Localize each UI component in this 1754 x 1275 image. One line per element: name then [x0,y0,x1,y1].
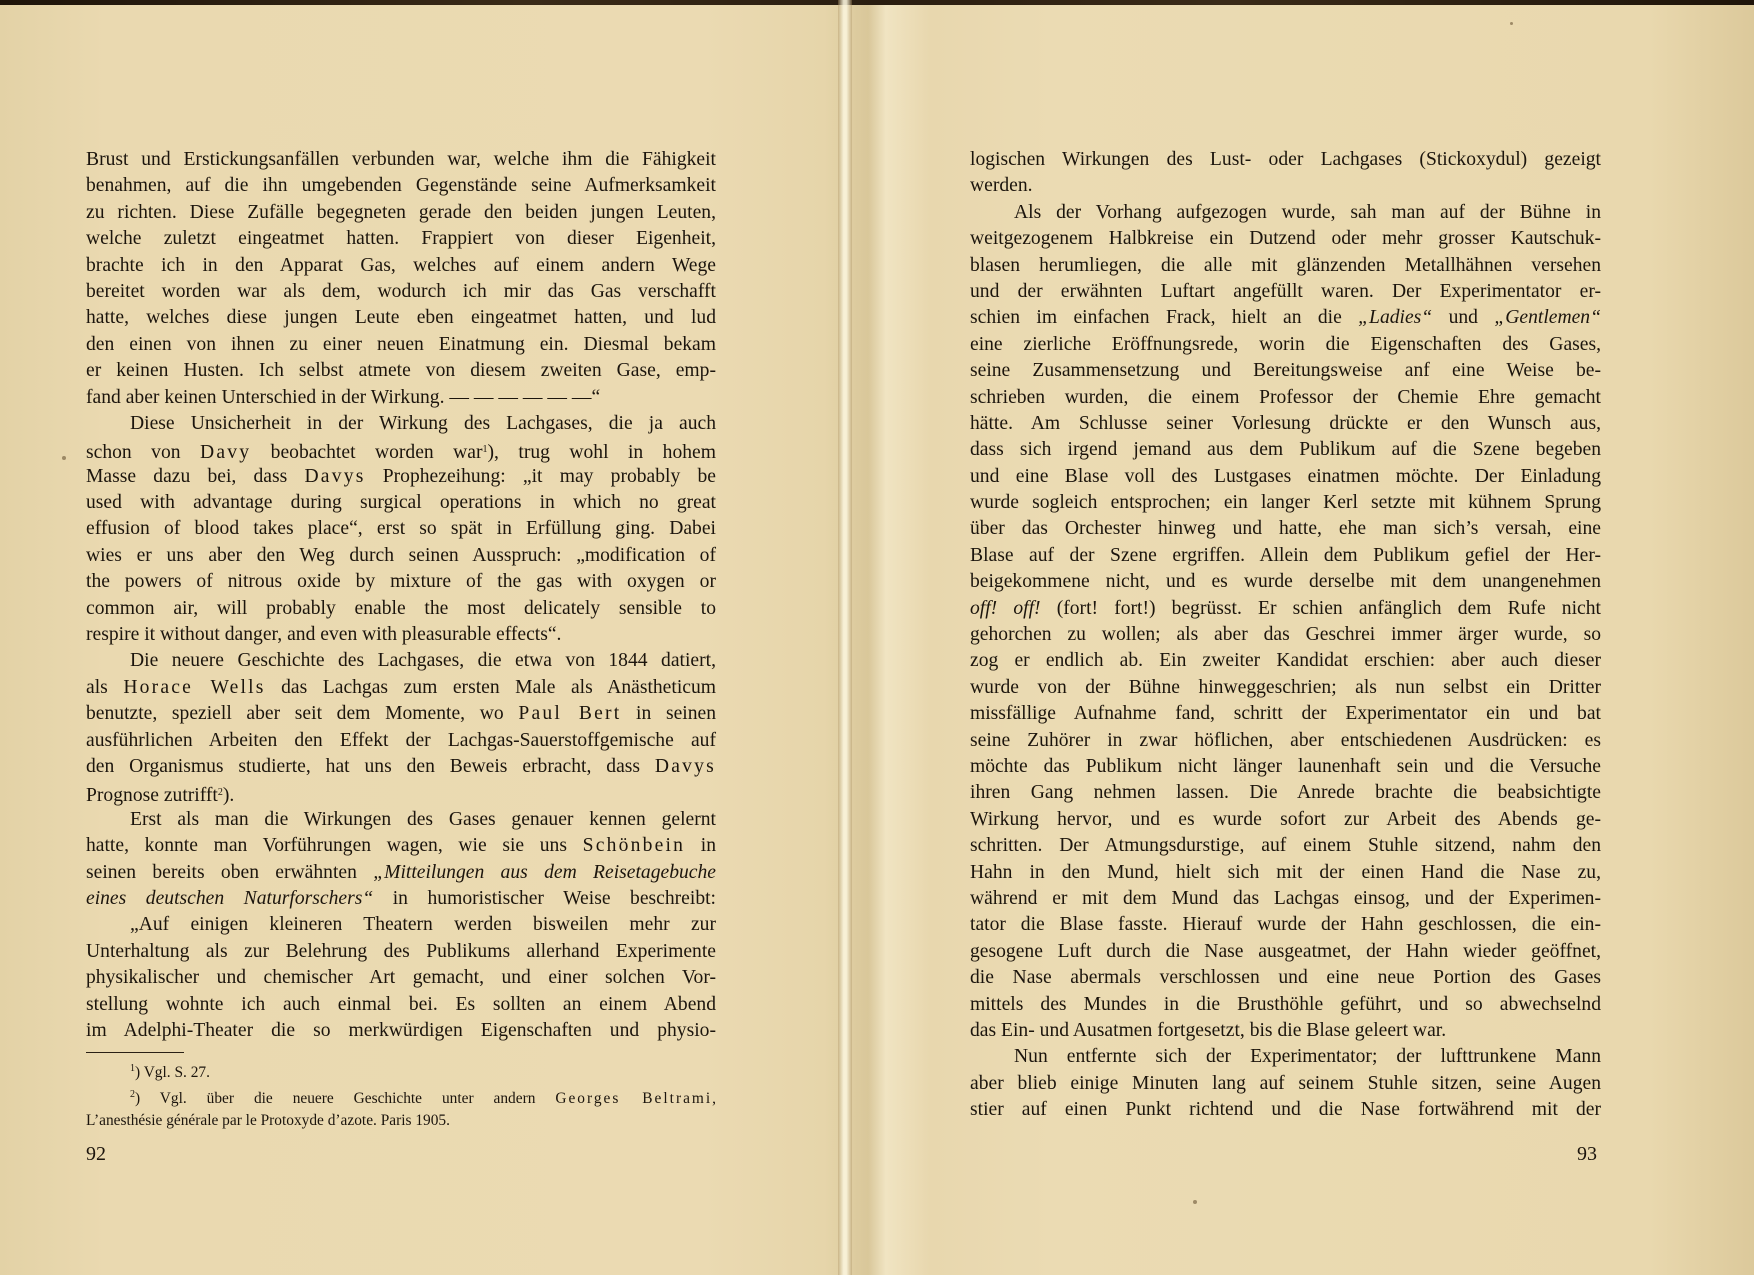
text-line: das Ein- und Ausatmen fortgesetzt, bis d… [970,1018,1601,1044]
spaced-name-davys: Davys [304,466,365,487]
text-line: physikalischer und chemischer Art gemach… [86,965,716,991]
text-segment: und [1432,307,1494,328]
paragraph-start-line: „Auf einigen kleineren Theatern werden b… [86,912,716,938]
text-segment: als [86,677,123,698]
left-page-body: Brust und Erstickungsanfällen verbunden … [86,147,716,1044]
text-line: effusion of blood takes place“, erst so … [86,516,716,542]
text-line: wurde sogleich entsprochen; ein langer K… [970,490,1601,516]
paper-speck [1193,1200,1197,1204]
text-segment: benutzte, speziell aber seit dem Momente… [86,703,518,724]
text-line: welche zuletzt eingeatmet hatten. Frappi… [86,226,716,252]
text-line: und eine Blase voll des Lustgases einatm… [970,464,1601,490]
text-line: den Organismus studierte, hat uns den Be… [86,754,716,780]
paragraph-start-line: Die neuere Geschichte des Lachgases, die… [86,648,716,674]
text-line: benutzte, speziell aber seit dem Momente… [86,701,716,727]
italic-term-ladies: „Ladies“ [1358,307,1432,328]
text-segment: seinen bereits oben erwähnten [86,862,373,883]
text-line: blasen herumliegen, die alle mit glänzen… [970,253,1601,279]
text-line: schon von Davy beobachtet worden war1), … [86,437,716,463]
text-line: stier auf einen Punkt richtend und die N… [970,1097,1601,1123]
text-line: gehorchen zu wollen; als aber das Geschr… [970,622,1601,648]
text-line: hatte, konnte man Vorführungen wagen, wi… [86,833,716,859]
text-line: seine Zusammensetzung und Bereitungsweis… [970,358,1601,384]
text-line: über das Orchester hinweg und hatte, ehe… [970,516,1601,542]
spaced-name-davy: Davy [200,442,251,463]
paragraph-start-line: Als der Vorhang aufgezogen wurde, sah ma… [970,200,1601,226]
text-line: schritten. Der Atmungsdurstige, auf eine… [970,833,1601,859]
spaced-name-paul-bert: Paul Bert [518,703,621,724]
text-line: tator die Blase fasste. Hierauf wurde de… [970,912,1601,938]
text-segment: beobachtet worden war [251,442,482,463]
text-segment: Masse dazu bei, dass [86,466,304,487]
text-line: eines deutschen Naturforschers“ in humor… [86,886,716,912]
paper-speck [1510,22,1513,25]
footnote-2-continuation: L’anesthésie générale par le Protoxyde d… [86,1110,718,1132]
spaced-name-horace-wells: Horace Wells [123,677,265,698]
book-top-edge [0,0,1754,5]
text-line: er keinen Husten. Ich selbst atmete von … [86,358,716,384]
text-line: eine zierliche Eröffnungsrede, worin die… [970,332,1601,358]
text-line: wurde von der Bühne hinweggeschrien; als… [970,675,1601,701]
paragraph-start-line: Erst als man die Wirkungen des Gases gen… [86,807,716,833]
text-line: den einen von ihnen zu einer neuen Einat… [86,332,716,358]
text-line: bereitet worden war als dem, wodurch ich… [86,279,716,305]
text-segment: Prophezeihung: „it may probably be [366,466,716,487]
spaced-name-schonbein: Schönbein [583,835,686,856]
text-line: und der erwähnten Luftart angefüllt ware… [970,279,1601,305]
text-line: Unterhaltung als zur Belehrung des Publi… [86,939,716,965]
italic-book-title: „Mitteilungen aus dem Reisetagebuche [373,862,716,883]
footnote-separator-rule [86,1052,184,1053]
text-line: seine Zuhörer in zwar höflichen, aber en… [970,728,1601,754]
text-line: während er mit dem Mund das Lachgas eins… [970,886,1601,912]
paragraph-start-line: Nun entfernte sich der Experimentator; d… [970,1044,1601,1070]
text-line: hatte, welches diese jungen Leute eben e… [86,305,716,331]
page-number-right: 93 [1577,1143,1597,1166]
text-line: brachte ich in den Apparat Gas, welches … [86,253,716,279]
italic-book-title: eines deutschen Naturforschers“ [86,888,373,909]
text-segment: Prognose zutrifft [86,785,218,806]
text-line: gesogene Luft durch die Nase ausgeatmet,… [970,939,1601,965]
text-line: mittels des Mundes in die Brusthöhle gef… [970,992,1601,1018]
text-segment: (fort! fort!) begrüsst. Er schien anfäng… [1041,598,1601,619]
footnote-2: 2) Vgl. über die neuere Geschichte unter… [86,1084,718,1110]
italic-term-off: off! off! [970,598,1041,619]
text-segment: hatte, konnte man Vorführungen wagen, wi… [86,835,583,856]
text-line: werden. [970,173,1601,199]
text-segment: ). [223,785,234,806]
text-line: Prognose zutrifft2). [86,780,716,806]
text-segment: in seinen [621,703,716,724]
text-line: missfällige Aufnahme fand, schritt der E… [970,701,1601,727]
text-line: möchte das Publikum nicht länger launenh… [970,754,1601,780]
text-segment: schon von [86,442,200,463]
text-line: common air, will probably enable the mos… [86,596,716,622]
text-line: off! off! (fort! fort!) begrüsst. Er sch… [970,596,1601,622]
text-line: used with advantage during surgical oper… [86,490,716,516]
text-line: zu richten. Diese Zufälle begegneten ger… [86,200,716,226]
text-line: schien im einfachen Frack, hielt an die … [970,305,1601,331]
page-number-left: 92 [86,1143,106,1166]
text-line: zog er endlich ab. Ein zweiter Kandidat … [970,648,1601,674]
text-line: Brust und Erstickungsanfällen verbunden … [86,147,716,173]
text-line: weitgezogenem Halbkreise ein Dutzend ode… [970,226,1601,252]
text-segment: ), trug wohl in hohem [488,442,716,463]
text-line: die Nase abermals verschlossen und eine … [970,965,1601,991]
text-line: stellung wohnte ich auch einmal bei. Es … [86,992,716,1018]
text-segment: schien im einfachen Frack, hielt an die [970,307,1358,328]
paragraph-start-line: Diese Unsicherheit in der Wirkung des La… [86,411,716,437]
text-line: respire it without danger, and even with… [86,622,716,648]
text-segment: in [685,835,716,856]
text-line: hätte. Am Schlusse seiner Vorlesung drüc… [970,411,1601,437]
text-line: beigekommene nicht, und es wurde derselb… [970,569,1601,595]
text-line: Wirkung hervor, und es wurde sofort zur … [970,807,1601,833]
text-segment: in humoristischer Weise beschreibt: [373,888,716,909]
text-line: wies er uns aber den Weg durch seinen Au… [86,543,716,569]
text-line: seinen bereits oben erwähnten „Mitteilun… [86,860,716,886]
text-line: Masse dazu bei, dass Davys Prophezeihung… [86,464,716,490]
text-line: ihren Gang nehmen lassen. Die Anrede bra… [970,780,1601,806]
text-line: ausführlichen Arbeiten den Effekt der La… [86,728,716,754]
text-line: logischen Wirkungen des Lust- oder Lachg… [970,147,1601,173]
text-line: im Adelphi-Theater die so merkwürdigen E… [86,1018,716,1044]
footnote-text: ) Vgl. S. 27. [135,1064,210,1081]
book-spine-gutter [838,0,852,1275]
spaced-name-georges-beltrami: Georges Beltrami, [555,1090,718,1107]
text-line: benahmen, auf die ihn umgebenden Gegenst… [86,173,716,199]
right-page-body: logischen Wirkungen des Lust- oder Lachg… [970,147,1601,1123]
footnotes: 1) Vgl. S. 27. 2) Vgl. über die neuere G… [86,1058,718,1132]
text-line: schrieben wurden, die einem Professor de… [970,385,1601,411]
text-segment: den Organismus studierte, hat uns den Be… [86,756,655,777]
text-line: als Horace Wells das Lachgas zum ersten … [86,675,716,701]
footnote-1: 1) Vgl. S. 27. [86,1058,718,1084]
text-line: fand aber keinen Unterschied in der Wirk… [86,385,716,411]
spaced-name-davys: Davys [655,756,716,777]
text-line: the powers of nitrous oxide by mixture o… [86,569,716,595]
text-segment: das Lachgas zum ersten Male als Anästhet… [266,677,716,698]
book-spread: Brust und Erstickungsanfällen verbunden … [0,0,1754,1275]
text-line: Hahn in den Mund, hielt sich mit der ein… [970,860,1601,886]
footnote-text: ) Vgl. über die neuere Geschichte unter … [135,1090,555,1107]
text-line: aber blieb einige Minuten lang auf seine… [970,1071,1601,1097]
text-line: dass sich irgend jemand aus dem Publikum… [970,437,1601,463]
italic-term-gentlemen: „Gentlemen“ [1494,307,1601,328]
text-line: Blase auf der Szene ergriffen. Allein de… [970,543,1601,569]
paper-speck [62,456,66,460]
